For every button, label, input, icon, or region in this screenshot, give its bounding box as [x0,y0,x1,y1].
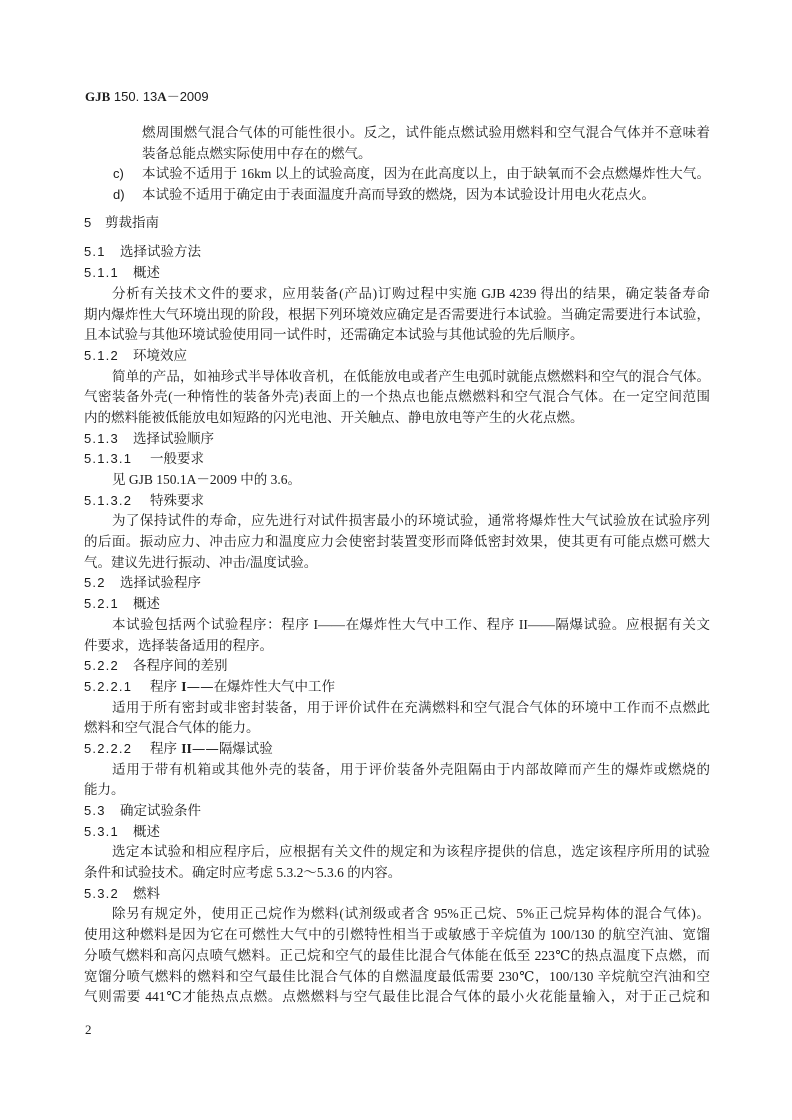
section-heading-5-2-2-2: 5.2.2.2程序 II——隔爆试验 [84,739,710,760]
section-heading-5-2: 5.2选择试验程序 [84,573,710,594]
paragraph-line: 宽馏分喷气燃料的燃料和空气最佳比混合气体的自燃温度最低需要 230℃，100/1… [84,967,710,988]
section-number: 5.2.2.1 [84,677,150,698]
section-title: 概述 [133,265,160,281]
paragraph-line: 使用这种燃料是因为它在可燃性大气中的引燃特性相当于或敏感于辛烷值为 100/13… [84,925,710,946]
paragraph-line: 燃料和空气混合气体的能力。 [84,718,710,739]
list-marker: c) [113,164,124,185]
section-heading-5: 5剪裁指南 [84,213,710,234]
section-heading-5-1-2: 5.1.2环境效应 [84,346,710,367]
document-body: 燃周围燃气混合气体的可能性很小。反之，试件能点燃试验用燃料和空气混合气体并不意味… [84,123,710,1008]
header-code-year: －2009 [167,89,209,104]
section-number: 5.1.3 [84,429,133,450]
procedure-roman-numeral: II [181,741,192,756]
paragraph-line: 除另有规定外，使用正己烷作为燃料(试剂级或者含 95%正己烷、5%正己烷异构体的… [84,904,710,925]
header-code-gjb: GJB [85,89,110,104]
list-item-d: d)本试验不适用于确定由于表面温度升高而导致的燃烧，因为本试验设计用电火花点火。 [84,185,710,206]
section-title: 概述 [133,824,160,840]
list-item-text: 本试验不适用于确定由于表面温度升高而导致的燃烧，因为本试验设计用电火花点火。 [142,187,655,202]
section-heading-5-2-1: 5.2.1概述 [84,594,710,615]
section-number: 5.3 [84,801,120,822]
section-title-prefix: 程序 [150,679,181,695]
section-title: 各程序间的差别 [133,658,228,674]
paragraph-line: 内的燃料能被低能放电如短路的闪光电池、开关触点、静电放电等产生的火花点燃。 [84,408,710,429]
section-number: 5.1.3.1 [84,449,150,470]
list-item-text: 本试验不适用于 16km 以上的试验高度，因为在此高度以上，由于缺氧而不会点燃爆… [142,166,710,181]
section-number: 5.2.2.2 [84,739,150,760]
section-title: 选择试验程序 [120,575,201,591]
section-title: 环境效应 [133,348,187,364]
section-number: 5.2 [84,573,120,594]
section-number: 5.1 [84,242,120,263]
paragraph-line: 气。建议先进行振动、冲击/温度试验。 [84,553,710,574]
header-code-number: 150. 13 [110,89,157,104]
document-page: GJB 150. 13A－2009 燃周围燃气混合气体的可能性很小。反之，试件能… [0,0,792,1120]
paragraph-line: 装备总能点燃实际使用中存在的燃气。 [84,144,710,165]
list-item-c: c)本试验不适用于 16km 以上的试验高度，因为在此高度以上，由于缺氧而不会点… [84,164,710,185]
running-header-standard-code: GJB 150. 13A－2009 [85,88,209,106]
paragraph-line: 分喷气燃料和高闪点喷气燃料。正己烷和空气的最佳比混合气体能在低至 223℃的热点… [84,946,710,967]
header-code-suffix: A [157,89,166,104]
section-title-suffix: ——隔爆试验 [192,741,273,757]
section-title: 概述 [133,596,160,612]
section-number: 5.3.2 [84,884,133,905]
section-title: 一般要求 [150,451,204,467]
section-number: 5.2.2 [84,656,133,677]
section-number: 5.2.1 [84,594,133,615]
section-heading-5-3-2: 5.3.2燃料 [84,884,710,905]
paragraph-line: 能力。 [84,780,710,801]
section-heading-5-1-1: 5.1.1概述 [84,263,710,284]
paragraph-line: 期内爆炸性大气环境出现的阶段，根据下列环境效应确定是否需要进行本试验。当确定需要… [84,305,710,326]
section-title-prefix: 程序 [150,741,181,757]
paragraph-line: 见 GJB 150.1A－2009 中的 3.6。 [84,470,710,491]
section-title: 确定试验条件 [120,803,201,819]
section-number: 5.1.1 [84,263,133,284]
section-number: 5.1.3.2 [84,491,150,512]
paragraph-line: 气密装备外壳(一种惰性的装备外壳)表面上的一个热点也能点燃燃料和空气混合气体。在… [84,387,710,408]
section-heading-5-1-3-1: 5.1.3.1一般要求 [84,449,710,470]
page-number: 2 [85,1021,92,1039]
section-heading-5-1-3: 5.1.3选择试验顺序 [84,429,710,450]
section-title-suffix: ——在爆炸性大气中工作 [187,679,336,695]
paragraph-line: 且本试验与其他环境试验使用同一试件时，还需确定本试验与其他试验的先后顺序。 [84,325,710,346]
paragraph-line: 适用于所有密封或非密封装备，用于评价试件在充满燃料和空气混合气体的环境中工作而不… [84,698,710,719]
list-marker: d) [113,185,125,206]
section-title: 选择试验顺序 [133,431,214,447]
paragraph-line: 分析有关技术文件的要求，应用装备(产品)订购过程中实施 GJB 4239 得出的… [84,284,710,305]
paragraph-line: 件要求，选择装备适用的程序。 [84,636,710,657]
section-title: 剪裁指南 [105,215,159,231]
paragraph-line: 为了保持试件的寿命，应先进行对试件损害最小的环境试验，通常将爆炸性大气试验放在试… [84,511,710,532]
section-heading-5-2-2: 5.2.2各程序间的差别 [84,656,710,677]
section-heading-5-3: 5.3确定试验条件 [84,801,710,822]
paragraph-line: 简单的产品，如袖珍式半导体收音机，在低能放电或者产生电弧时就能点燃燃料和空气的混… [84,367,710,388]
section-number: 5.1.2 [84,346,133,367]
section-heading-5-1-3-2: 5.1.3.2特殊要求 [84,491,710,512]
section-title: 燃料 [133,886,160,902]
section-title: 特殊要求 [150,493,204,509]
paragraph-line: 选定本试验和相应程序后，应根据有关文件的规定和为该程序提供的信息，选定该程序所用… [84,842,710,863]
paragraph-line: 本试验包括两个试验程序：程序 I——在爆炸性大气中工作、程序 II——隔爆试验。… [84,615,710,636]
section-title: 选择试验方法 [120,244,201,260]
paragraph-line: 燃周围燃气混合气体的可能性很小。反之，试件能点燃试验用燃料和空气混合气体并不意味… [84,123,710,144]
section-heading-5-2-2-1: 5.2.2.1程序 I——在爆炸性大气中工作 [84,677,710,698]
section-number: 5 [84,213,105,234]
paragraph-line: 条件和试验技术。确定时应考虑 5.3.2～5.3.6 的内容。 [84,863,710,884]
paragraph-line: 适用于带有机箱或其他外壳的装备，用于评价装备外壳阻隔由于内部故障而产生的爆炸或燃… [84,760,710,781]
section-heading-5-1: 5.1选择试验方法 [84,242,710,263]
paragraph-line: 气则需要 441℃才能热点点燃。点燃燃料与空气最佳比混合气体的最小火花能量输入，… [84,987,710,1008]
paragraph-line: 的后面。振动应力、冲击应力和温度应力会使密封装置变形而降低密封效果，使其更有可能… [84,532,710,553]
section-number: 5.3.1 [84,822,133,843]
section-heading-5-3-1: 5.3.1概述 [84,822,710,843]
